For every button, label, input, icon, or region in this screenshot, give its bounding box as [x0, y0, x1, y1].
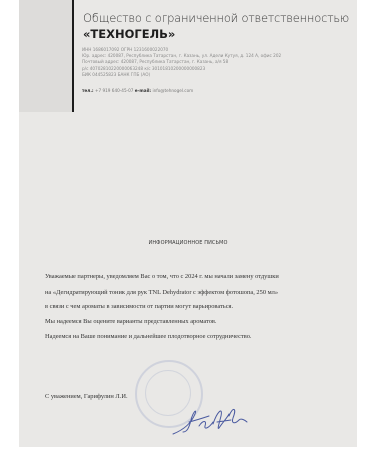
handwritten-signature-icon [169, 402, 251, 438]
letter-title: ИНФОРМАЦИОННОЕ ПИСЬМО [19, 240, 357, 246]
email-label: e-mail: [135, 88, 151, 93]
closing-signature-line: С уважением, Гарифулин Л.И. [45, 393, 128, 400]
phone-label: тел.: [82, 88, 94, 93]
letterhead-side-panel [19, 0, 72, 112]
letter-page: Общество с ограниченной ответственностью… [19, 0, 357, 447]
org-name: «ТЕХНОГЕЛЬ» [83, 27, 175, 41]
body-line: Мы надеемся Вы оцените варианты представ… [45, 318, 217, 325]
body-line: в связи с чем ароматы в зависимости от п… [45, 303, 233, 310]
org-type: Общество с ограниченной ответственностью [83, 11, 349, 25]
letterhead-divider [72, 0, 74, 112]
contacts-line: тел.: +7 919 640-45-07 e-mail: info@tehn… [82, 88, 193, 93]
body-line: на «Дегидратирующий тоник для рук TNL De… [45, 289, 278, 296]
phone-number: +7 919 640-45-07 [95, 88, 134, 93]
body-line: Надеемся на Ваше понимание и дальнейшее … [45, 333, 252, 340]
company-details: ИНН 1686017092 ОГРН 1231600022070 Юр. ад… [82, 47, 281, 78]
email-address: info@tehnogel.com [152, 88, 193, 93]
details-line: БИК 044525823 БАНК ГПБ (АО) [82, 72, 281, 78]
body-line: Уважаемые партнеры, уведомляем Вас о том… [45, 273, 279, 280]
